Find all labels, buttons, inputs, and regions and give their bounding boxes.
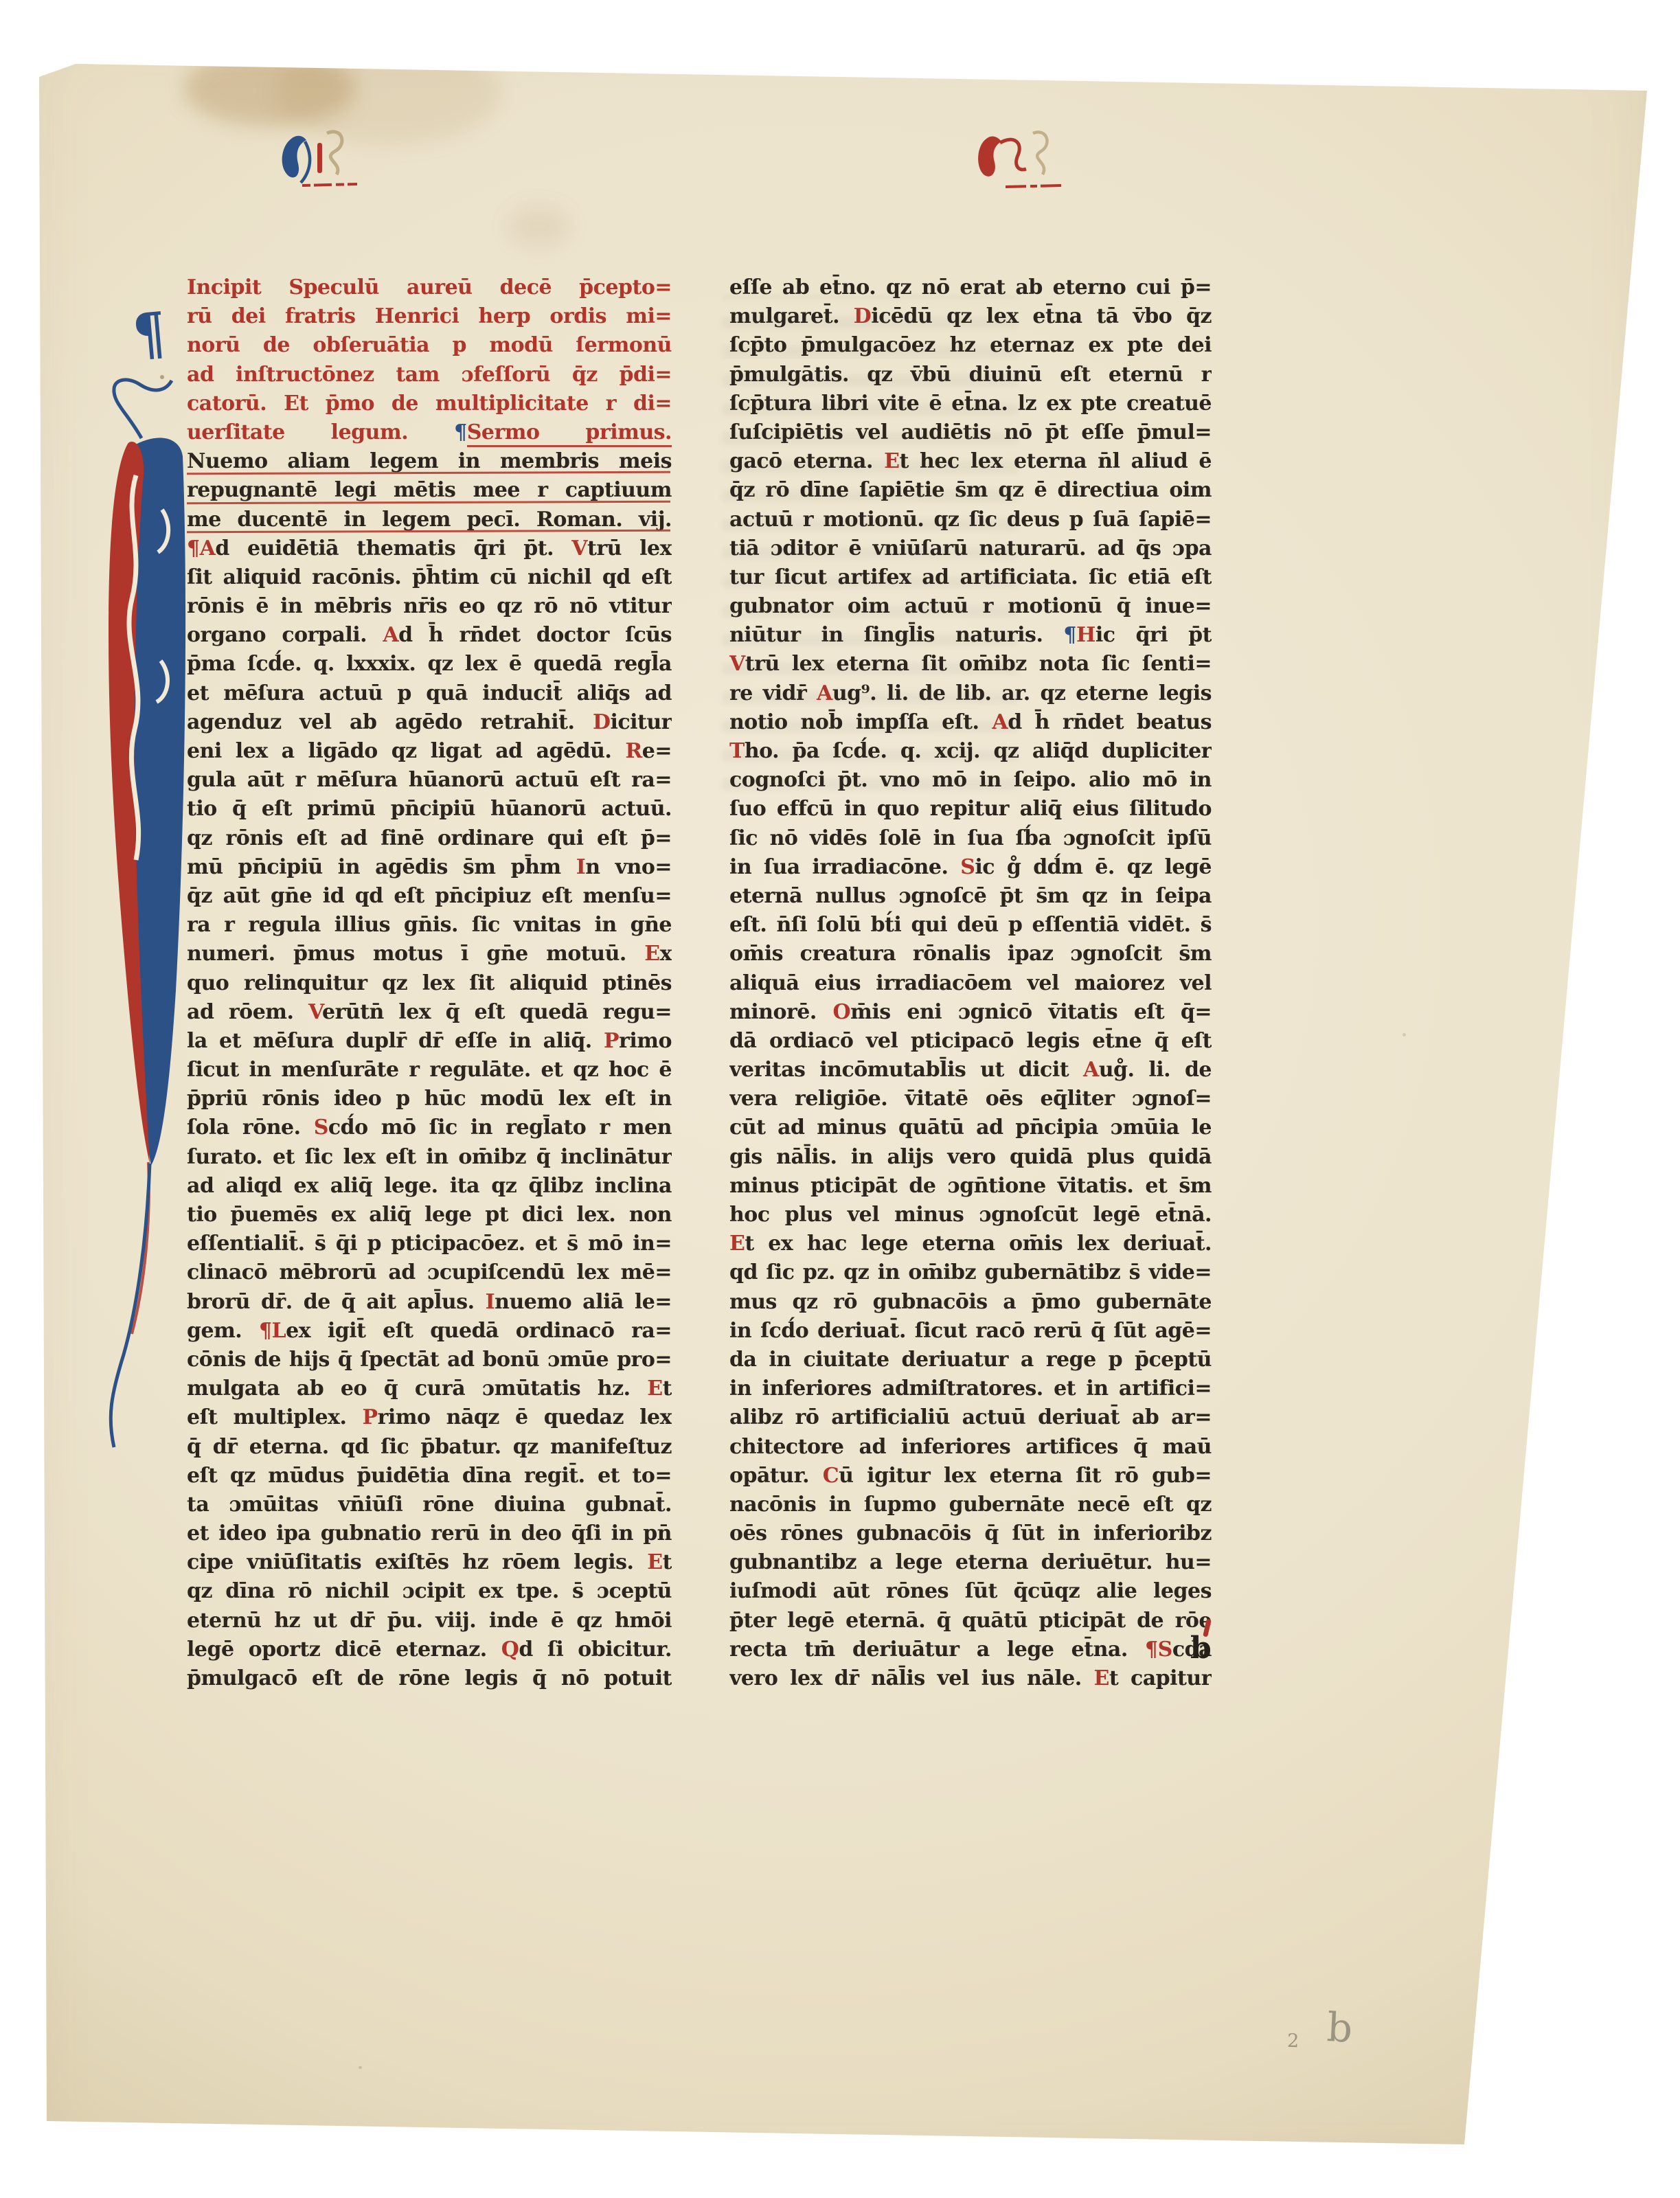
rubricated-capital: I	[576, 855, 586, 879]
text-line: da in ciuitate deriuatur a rege p p̄cept…	[729, 1346, 1212, 1374]
text-line: ta ɔmūitas vn̄iūſi rōne diuina gubnat̄.	[187, 1491, 672, 1519]
foxing-speck	[359, 2066, 362, 2069]
text-line: eni lex a ligādo qz ligat ad agēdū. Re=	[187, 737, 672, 766]
text-line: mū pn̄cipiū in agēdis s̄m ph̄m In vno=	[187, 853, 672, 882]
text-line: veritas incōmutabl̄is ut dicit Aug̊. li.…	[729, 1056, 1212, 1085]
text-line: qd ſic pz. qz in om̄ibz gubernātibz s̄ v…	[729, 1258, 1212, 1287]
text-line: eternā nullus ɔgnoſcē p̄t s̄m qz in ſeip…	[729, 882, 1212, 911]
text-line: cognoſci p̄t. vno mō in ſeipo. alio mō i…	[729, 766, 1212, 795]
rubricated-capital: Q	[501, 1638, 519, 1662]
text-line: dā ordiacō vel pticipacō legis et̄ne q̄ …	[729, 1027, 1212, 1056]
heading-last-line: uerſitate legum. ¶Sermo primus.	[187, 418, 672, 447]
text-line: vera religiōe. v̄itatē oēs eq̄liter ɔgno…	[729, 1085, 1212, 1113]
text-line: nacōnis in ſupmo gubernāte necē eſt qz	[729, 1491, 1212, 1519]
text-line: cōnis de hijs q̄ ſpectāt ad bonū ɔmūe pr…	[187, 1346, 672, 1374]
text-line: gem. ¶Lex igit̄ eſt quedā ordinacō ra=	[187, 1317, 672, 1346]
text-line: niūtur in ſingl̄is naturis. ¶Hic q̄ri p̄…	[729, 621, 1212, 650]
right-column: eſſe ab et̄no. qz nō erat ab eterno cui …	[729, 273, 1212, 1693]
text-line: brorū dr̄. de q̄ ait apl̄us. Inuemo aliā…	[187, 1288, 672, 1317]
text-line: et ideo ipa gubnatio rerū in deo q̄ſi in…	[187, 1519, 672, 1548]
text-line: p̄mulgātis. qz v̄bū diuinū eſt eternū r	[729, 361, 1212, 389]
text-line: p̄ter legē eternā. q̄ quātū pticipāt de …	[729, 1607, 1212, 1635]
foxing-speck	[1403, 1033, 1406, 1036]
text-line: eſt multiplex. Primo nāqz ē quedaz lex	[187, 1403, 672, 1432]
text-line: ad inſtructōnez tam ɔfeſſorū q̄z p̄di=	[187, 361, 672, 389]
text-line: q̄z aūt gn̄e id qd eſt pn̄cipiuz eſt men…	[187, 882, 672, 911]
text-line: gacō eterna. Et hec lex eterna n̄l aliud…	[729, 447, 1212, 476]
text-line: tio p̄uemēs ex aliq̄ lege pt dici lex. n…	[187, 1201, 672, 1230]
text-line: in inferiores admiſtratores. et in artif…	[729, 1374, 1212, 1403]
text-line: clinacō mēbrorū ad ɔcupiſcendū lex mē=	[187, 1258, 672, 1287]
rubricated-capital: V	[571, 536, 587, 560]
text-line: chitectore ad inferiores artifices q̄ ma…	[729, 1433, 1212, 1462]
rubricated-capital: T	[729, 739, 745, 763]
text-line: eſſe ab et̄no. qz nō erat ab eterno cui …	[729, 273, 1212, 302]
text-line: mus qz rō gubnacōis a p̄mo gubernāte	[729, 1288, 1212, 1317]
text-line: ad rōem. Verūtn̄ lex q̄ eſt quedā regu=	[187, 998, 672, 1027]
rubricated-capital: P	[604, 1029, 619, 1053]
rubricated-capital: V	[729, 652, 745, 676]
rubricated-capital: H	[1076, 623, 1096, 647]
pilcrow-icon: ¶	[1063, 623, 1076, 647]
text-line: in ſcd́o deriuat̄. ſicut racō rerū q̄ ſū…	[729, 1317, 1212, 1346]
text-line: in ſua irradiacōne. Sic g̊ dd́m ē. qz le…	[729, 853, 1212, 882]
pilcrow-icon: ¶A	[187, 536, 215, 560]
text-line: opātur. Cū igitur lex eterna ſit rō gub=	[729, 1462, 1212, 1491]
text-line: ſic nō vidēs ſolē in ſua ſb́a ɔgnoſcit i…	[729, 824, 1212, 853]
text-line: ſcp̄to p̄mulgacōez hz eternaz ex pte dei	[729, 331, 1212, 360]
text-line: norū de obſeruātia p modū ſermonū	[187, 331, 672, 360]
quire-mark-left-icon	[277, 125, 370, 194]
pilcrow-icon: ¶	[130, 305, 168, 365]
text-line: oēs rōnes gubnacōis q̄ ſūt in inferiorib…	[729, 1519, 1212, 1548]
text-line: catorū. Et p̄mo de multiplicitate r di=	[187, 389, 672, 418]
photo-backdrop: { "colors": { "paper": "#ece3cc", "ink":…	[0, 0, 1680, 2198]
text-line: Vtrū lex eterna ſit om̄ibz nota ſic ſent…	[729, 650, 1212, 679]
text-line: tiā ɔditor ē vniūſarū naturarū. ad q̄s ɔ…	[729, 534, 1212, 563]
rubricated-capital: A	[383, 623, 398, 647]
heading-prefix: uerſitate legum.	[187, 420, 454, 444]
text-line: hoc plus vel minus ɔgnoſcūt legē et̄nā.	[729, 1201, 1212, 1230]
text-line: Tho. p̄a ſcd́e. q. xcij. qz aliq̄d dupli…	[729, 737, 1212, 766]
pilcrow-icon: ¶S	[1145, 1638, 1172, 1662]
text-line: ra r regula illius gn̄is. ſic vnitas in …	[187, 911, 672, 940]
text-line: iuſmodi aūt rōnes ſūt q̄cūqz alie leges	[729, 1577, 1212, 1606]
text-line: gis nāl̄is. in alijs vero quidā plus qui…	[729, 1143, 1212, 1172]
text-line: aliquā eius irradiacōem vel maiorez vel	[729, 969, 1212, 998]
text-line: vero lex dr̄ nāl̄is vel ius nāle. Et cap…	[729, 1664, 1212, 1693]
text-line: ad aliqd ex aliq̄ lege. ita qz q̄libz in…	[187, 1172, 672, 1201]
text-line: Incipit Speculū aureū decē p̄cepto=	[187, 273, 672, 302]
text-line: alibz rō artificialiū actuū deriuat̄ ab …	[729, 1403, 1212, 1432]
text-line: qz dīna rō nichil ɔcipit ex tpe. s̄ ɔcep…	[187, 1577, 672, 1606]
text-line: gula aūt r mēſura hūanorū actuū eſt ra=	[187, 766, 672, 795]
pencil-number: 2	[1286, 2030, 1299, 2052]
text-line: ſuo effcū in quo repitur aliq̄ eius ſili…	[729, 795, 1212, 824]
text-line: tio q̄ eſt primū pn̄cipiū hūanorū actuū.	[187, 795, 672, 824]
text-line: et mēſura actuū p quā inducit̄ aliq̄s ad	[187, 679, 672, 708]
pilcrow-icon: ¶	[454, 420, 467, 444]
rubricated-capital: E	[644, 942, 659, 966]
text-line: la et mēſura duplr̄ dr̄ eſſe in aliq̄. P…	[187, 1027, 672, 1056]
rubricated-capital: I	[486, 1290, 495, 1314]
rubricated-capital: C	[823, 1464, 839, 1488]
text-line: repugnantē legi mētis mee r captiuum	[187, 476, 672, 505]
rubricated-capital: S	[314, 1115, 328, 1140]
signature-letter: b	[1190, 1631, 1212, 1666]
text-line: cipe vniūſitatis exiſtēs hz rōem legis. …	[187, 1548, 672, 1577]
text-line: actuū r motionū. qz ſic deus p ſuā ſapiē…	[729, 506, 1212, 534]
text-line: numeri. p̄mus motus ī gn̄e motuū. Ex	[187, 940, 672, 968]
text-line: eſt. n̄ſi ſolū bt́i qui deū p eſſentiā v…	[729, 911, 1212, 940]
stain	[184, 51, 356, 126]
rubricated-capital: A	[817, 681, 832, 705]
rubricated-capital: D	[593, 710, 611, 734]
text-line: me ducentē in legem pecī. Roman. vij.	[187, 506, 672, 534]
text-line: ſola rōne. Scd́o mō ſic in regl̄ato r me…	[187, 1113, 672, 1142]
text-line: ¶Ad euidētiā thematis q̄ri p̄t. Vtrū lex	[187, 534, 672, 563]
text-line: Et ex hac lege eterna om̄is lex deriuat̄…	[729, 1230, 1212, 1258]
text-line: p̄mulgacō eſt de rōne legis q̄ nō potuit	[187, 1664, 672, 1693]
rubricated-capital: A	[1083, 1058, 1099, 1082]
text-line: minorē. Om̄is eni ɔgnicō v̄itatis eſt q̄…	[729, 998, 1212, 1027]
text-line: om̄is creatura rōnalis ipaz ɔgnoſcit s̄m	[729, 940, 1212, 968]
rubricated-capital: R	[625, 739, 642, 763]
rubricated-capital: E	[647, 1376, 662, 1401]
text-line: mulgaret̄. Dicēdū qz lex et̄na tā v̄bo q…	[729, 302, 1212, 331]
text-line: tur ſicut artifex ad artificiata. ſic et…	[729, 563, 1212, 592]
incunabulum-leaf: ¶ Incipit Speculū aureū decē p̄cepto=rū …	[0, 0, 1680, 2198]
text-line: cūt ad minus quātū ad pn̄cipia ɔmūia le	[729, 1113, 1212, 1142]
rubricated-capital: P	[363, 1405, 378, 1429]
text-line: legē oportz dicē eternaz. Qd ſi obicitur…	[187, 1635, 672, 1664]
quire-mark-right-icon	[975, 128, 1071, 196]
text-line: p̄ma ſcd́e. q. lxxxix. qz lex ē quedā re…	[187, 650, 672, 679]
text-line: re vidr̄ Aug⁹. li. de lib. ar. qz eterne…	[729, 679, 1212, 708]
pencil-letter: b	[1326, 2004, 1354, 2052]
sermon-title: Sermo primus.	[467, 420, 672, 447]
rubricated-capital: E	[1093, 1666, 1109, 1690]
signature-mark: b	[1190, 1633, 1212, 1664]
rubricated-capital: D	[854, 304, 872, 328]
text-line: gubnator oim actuū r motionū q̄ inue=	[729, 592, 1212, 621]
pilcrow-icon: ¶L	[259, 1319, 286, 1343]
text-line: ſicut in menſurāte r regulāte. et qz hoc…	[187, 1056, 672, 1085]
text-line: ſit aliquid racōnis. p̄h̄tim cū nichil q…	[187, 563, 672, 592]
text-line: eſt qz mūdus p̄uidētia dīna regit̄. et t…	[187, 1462, 672, 1491]
rubricated-capital: E	[729, 1232, 745, 1256]
text-line: ſurato. et ſic lex eſt in om̄ibz q̄ incl…	[187, 1143, 672, 1172]
text-line: ſuſcipiētis vel audiētis nō p̄t eſſe p̄m…	[729, 418, 1212, 447]
rubricated-capital: O	[833, 1000, 851, 1024]
text-line: quo relinquitur qz lex ſit aliquid ptinē…	[187, 969, 672, 998]
stain	[508, 206, 570, 247]
text-line: eternū hz ut dr̄ p̄u. viij. inde ē qz hm…	[187, 1607, 672, 1635]
text-line: ſcp̄tura libri vite ē et̄na. lz ex pte c…	[729, 389, 1212, 418]
text-line: agenduz vel ab agēdo retrahit̄. Dicitur	[187, 708, 672, 737]
text-line: eſſentialit̄. s̄ q̄i p pticipacōez. et s…	[187, 1230, 672, 1258]
text-line: rōnis ē in mēbris nr̄is eo qz rō nō vtit…	[187, 592, 672, 621]
left-column: Incipit Speculū aureū decē p̄cepto=rū de…	[187, 273, 672, 1693]
rubricated-capital: E	[884, 449, 899, 473]
text-line: Nuemo aliam legem in membris meis	[187, 447, 672, 476]
text-line: minus pticipāt de ɔgn̄tione v̄itatis. et…	[729, 1172, 1212, 1201]
text-line: q̄ dr̄ eterna. qd ſic p̄batur. qz manife…	[187, 1433, 672, 1462]
rubricated-capital: S	[960, 855, 975, 879]
text-line: p̄priū rōnis ideo p hūc modū lex eſt in	[187, 1085, 672, 1113]
text-line: mulgata ab eo q̄ curā ɔmūtatis hz. Et	[187, 1374, 672, 1403]
rubricated-capital: E	[647, 1550, 662, 1574]
text-line: rū dei fratris Henrici herp ordis mi=	[187, 302, 672, 331]
text-line: q̄z rō dīne ſapiētie s̄m qz ē directiua …	[729, 476, 1212, 505]
rubricated-capital: A	[992, 710, 1008, 734]
text-line: gubnantibz a lege eterna deriuētur. hu=	[729, 1548, 1212, 1577]
text-line: organo corpali. Ad h̄ rn̄det doctor ſcūs	[187, 621, 672, 650]
text-line: qz rōnis eſt ad finē ordinare qui eſt p̄…	[187, 824, 672, 853]
text-line: notio nob̄ impſſa eſt. Ad h̄ rn̄det beat…	[729, 708, 1212, 737]
rubricated-capital: V	[308, 1000, 322, 1024]
text-line: recta tm̄ deriuātur a lege et̄na. ¶Scd́a	[729, 1635, 1212, 1664]
